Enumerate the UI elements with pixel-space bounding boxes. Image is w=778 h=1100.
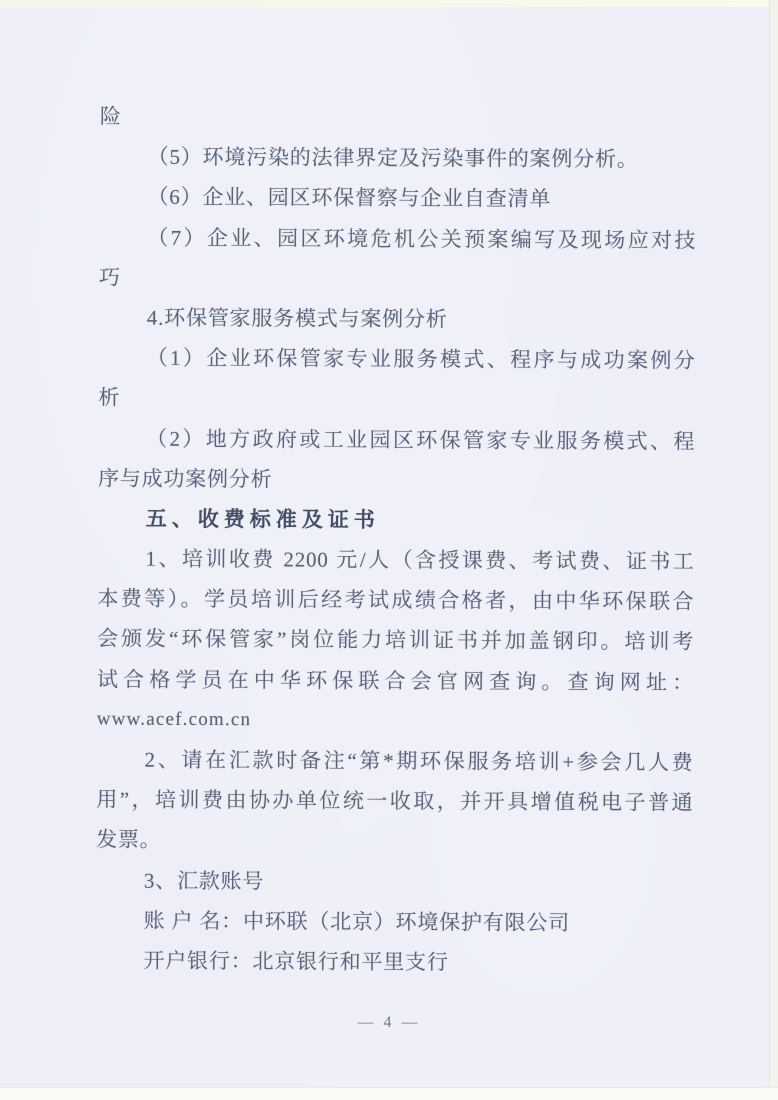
text-line: 巧 <box>99 257 696 300</box>
text-line: 序与成功案例分析 <box>98 458 695 501</box>
document-body: 险（5）环境污染的法律界定及污染事件的案例分析。（6）企业、园区环保督察与企业自… <box>95 96 697 983</box>
text-line: 险 <box>100 96 697 139</box>
scan-edge-top <box>0 0 778 7</box>
text-line: 五、收费标准及证书 <box>98 498 695 541</box>
text-line: （2）地方政府或工业园区环保管家专业服务模式、程 <box>98 418 695 461</box>
scanned-document-page: 险（5）环境污染的法律界定及污染事件的案例分析。（6）企业、园区环保督察与企业自… <box>0 0 778 1100</box>
text-line: 1、培训收费 2200 元/人（含授课费、考试费、证书工 <box>97 538 694 581</box>
scan-edge-right <box>769 0 778 1100</box>
text-line: 2、请在汇款时备注“第*期环保服务培训+参会几人费 <box>96 739 693 782</box>
text-line: （6）企业、园区环保督察与企业自查清单 <box>99 177 696 220</box>
text-line: 析 <box>98 378 695 421</box>
text-line: 3、汇款账号 <box>96 860 693 903</box>
text-line: 开户银行：北京银行和平里支行 <box>95 940 692 983</box>
text-line: 会颁发“环保管家”岗位能力培训证书并加盖钢印。培训考 <box>97 619 694 662</box>
text-line: 试合格学员在中华环保联合会官网查询。查询网址： <box>97 659 694 702</box>
text-line: www.acef.com.cn <box>97 699 694 742</box>
text-line: （5）环境污染的法律界定及污染事件的案例分析。 <box>100 137 697 180</box>
text-line: 4.环保管家服务模式与案例分析 <box>99 297 696 340</box>
text-line: （1）企业环保管家专业服务模式、程序与成功案例分 <box>99 338 696 381</box>
text-line: 用”，培训费由协办单位统一收取，并开具增值税电子普通 <box>96 780 693 823</box>
text-line: （7）企业、园区环境危机公关预案编写及现场应对技 <box>99 217 696 260</box>
text-line: 账 户 名：中环联（北京）环境保护有限公司 <box>96 900 693 943</box>
text-line: 本费等）。学员培训后经考试成绩合格者，由中华环保联合 <box>97 579 694 622</box>
page-number: — 4 — <box>0 1014 778 1032</box>
scan-edge-bottom <box>0 1087 778 1100</box>
text-line: 发票。 <box>96 820 693 863</box>
